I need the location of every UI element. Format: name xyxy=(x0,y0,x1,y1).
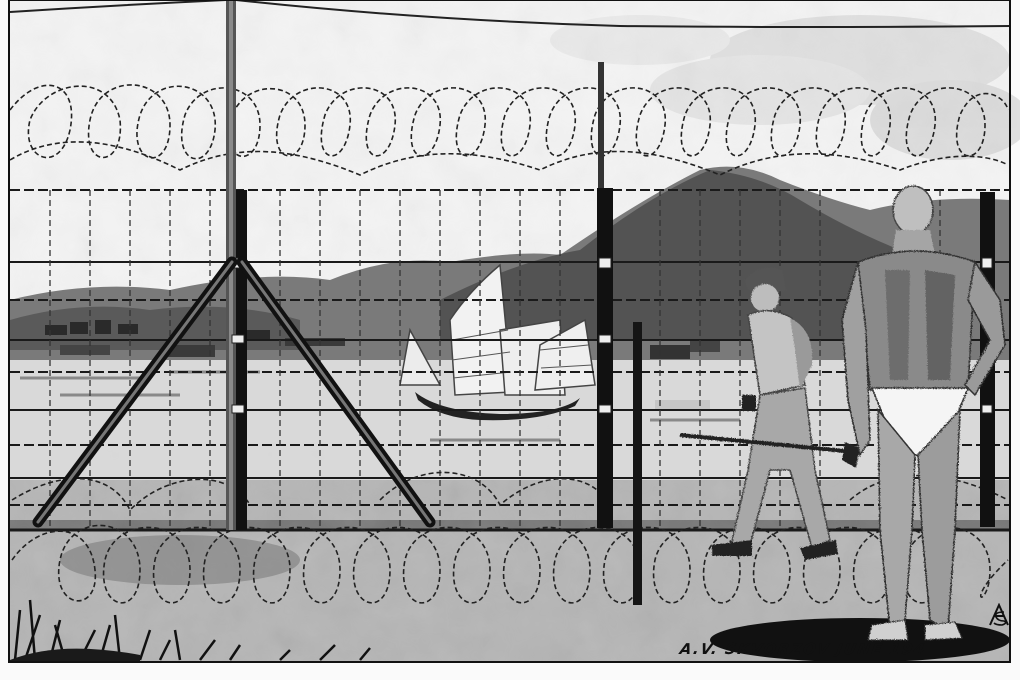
ground xyxy=(10,480,1010,662)
artist-signature: A.V. SKVORZOV JUNE 194 xyxy=(678,640,927,658)
artist-monogram-icon xyxy=(988,603,1010,627)
painting xyxy=(0,0,1020,680)
post-left-dark xyxy=(236,190,247,530)
post-mid-dark xyxy=(597,188,613,528)
post-short xyxy=(633,322,642,605)
